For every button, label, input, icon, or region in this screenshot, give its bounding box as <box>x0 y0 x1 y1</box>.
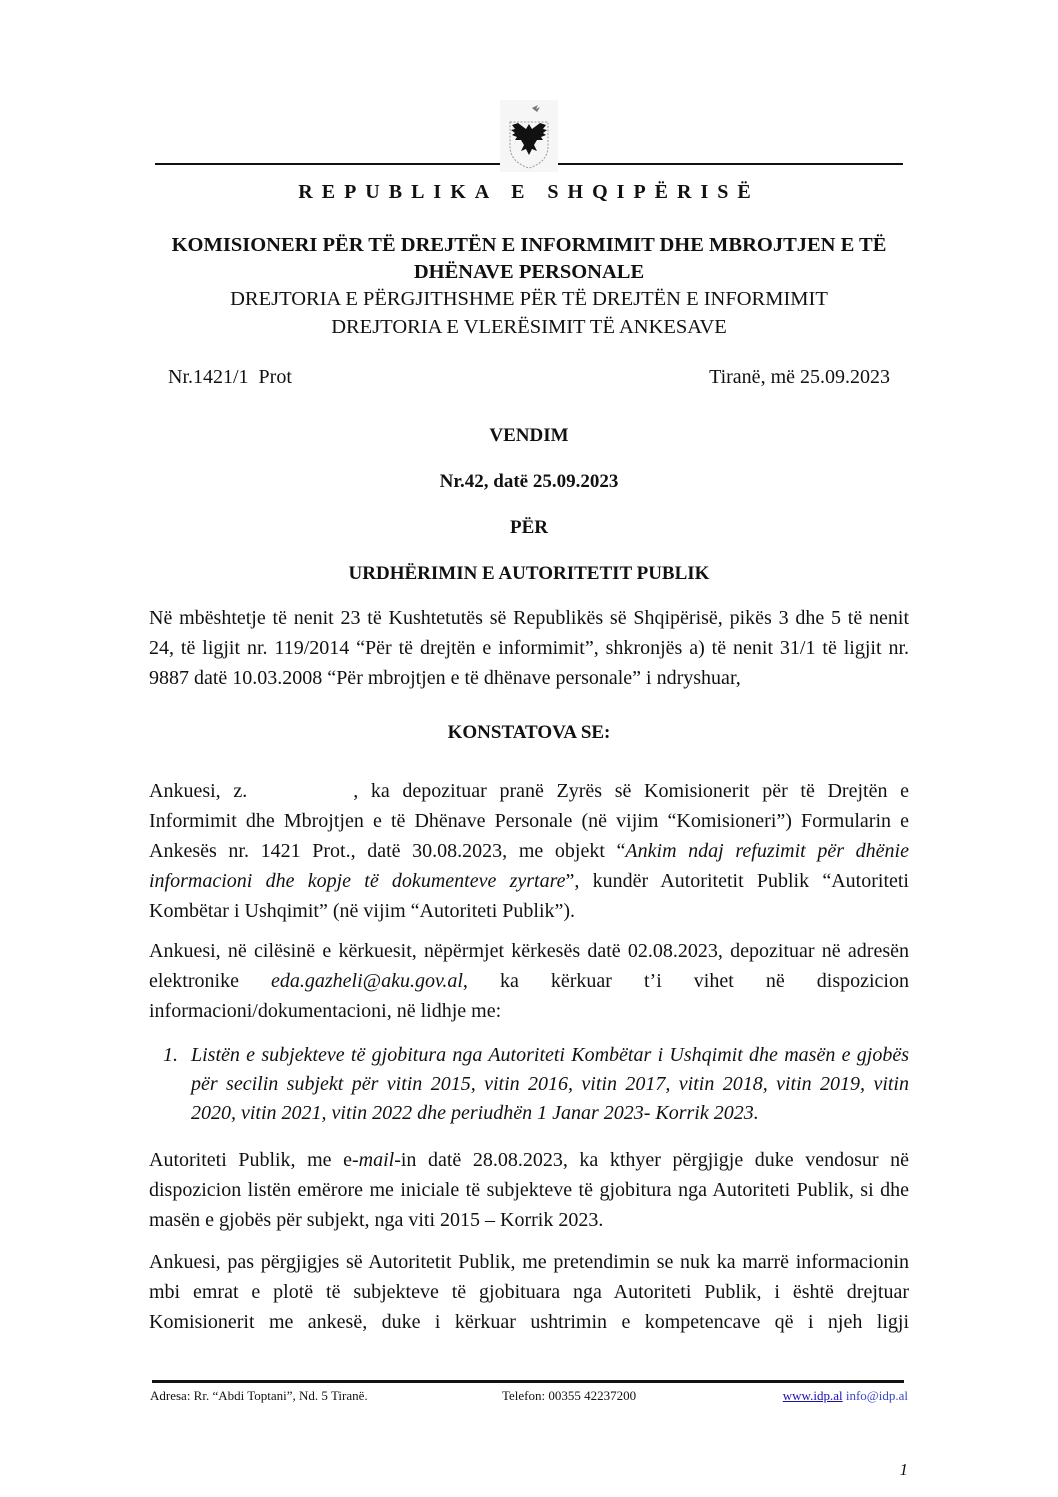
decision-subject: URDHËRIMIN E AUTORITETIT PUBLIK <box>0 563 1058 585</box>
appeal-paragraph: Ankuesi, pas përgjigjes së Autoritetit P… <box>149 1247 909 1337</box>
footer-rule <box>152 1380 904 1383</box>
response-text: Autoriteti Publik, me e- <box>149 1149 359 1171</box>
list-item: Listën e subjekteve të gjobitura nga Aut… <box>191 1041 909 1128</box>
mail-word: mail <box>359 1149 395 1171</box>
country-name: REPUBLIKA E SHQIPËRISË <box>0 181 1058 204</box>
complainant-prefix: Ankuesi, z. <box>149 780 247 802</box>
legal-basis-paragraph: Në mbështetje të nenit 23 të Kushtetutës… <box>149 603 909 693</box>
directorate: DREJTORIA E VLERËSIMIT TË ANKESAVE <box>0 316 1058 339</box>
decision-title: VENDIM <box>0 425 1058 447</box>
website-link[interactable]: www.idp.al <box>783 1388 843 1403</box>
page-number: 1 <box>900 1460 909 1480</box>
place-date: Tiranë, më 25.09.2023 <box>709 366 890 389</box>
footer-links: www.idp.al info@idp.al <box>783 1388 908 1404</box>
authority-email: eda.gazheli@aku.gov.al <box>271 970 463 992</box>
directorate-general: DREJTORIA E PËRGJITHSHME PËR TË DREJTËN … <box>0 288 1058 311</box>
request-paragraph: Ankuesi, në cilësinë e kërkuesit, nëpërm… <box>149 936 909 1026</box>
header-rule-right <box>558 163 903 165</box>
appeal-text: Ankuesi, pas përgjigjes së Autoritetit P… <box>149 1247 909 1337</box>
legal-basis-text: Në mbështetje të nenit 23 të Kushtetutës… <box>149 603 909 693</box>
email-link[interactable]: info@idp.al <box>846 1388 908 1403</box>
complaint-paragraph: Ankuesi, z., ka depozituar pranë Zyrës s… <box>149 776 909 926</box>
requested-items-list: 1. Listën e subjekteve të gjobitura nga … <box>163 1041 909 1128</box>
protocol-number: Nr.1421/1 Prot <box>168 366 292 389</box>
institution-name-line2: DHËNAVE PERSONALE <box>0 261 1058 284</box>
footer-phone: Telefon: 00355 42237200 <box>502 1388 636 1404</box>
findings-heading: KONSTATOVA SE: <box>0 722 1058 744</box>
albanian-eagle-icon <box>500 100 558 172</box>
decision-number-date: Nr.42, datë 25.09.2023 <box>0 471 1058 493</box>
institution-name-line1: KOMISIONERI PËR TË DREJTËN E INFORMIMIT … <box>0 234 1058 257</box>
coat-of-arms-emblem <box>500 100 558 172</box>
decision-for: PËR <box>0 517 1058 539</box>
footer-address: Adresa: Rr. “Abdi Toptani”, Nd. 5 Tiranë… <box>150 1388 368 1404</box>
list-item-number: 1. <box>163 1041 178 1070</box>
authority-response-paragraph: Autoriteti Publik, me e-mail-in datë 28.… <box>149 1145 909 1235</box>
header-rule-left <box>155 163 500 165</box>
